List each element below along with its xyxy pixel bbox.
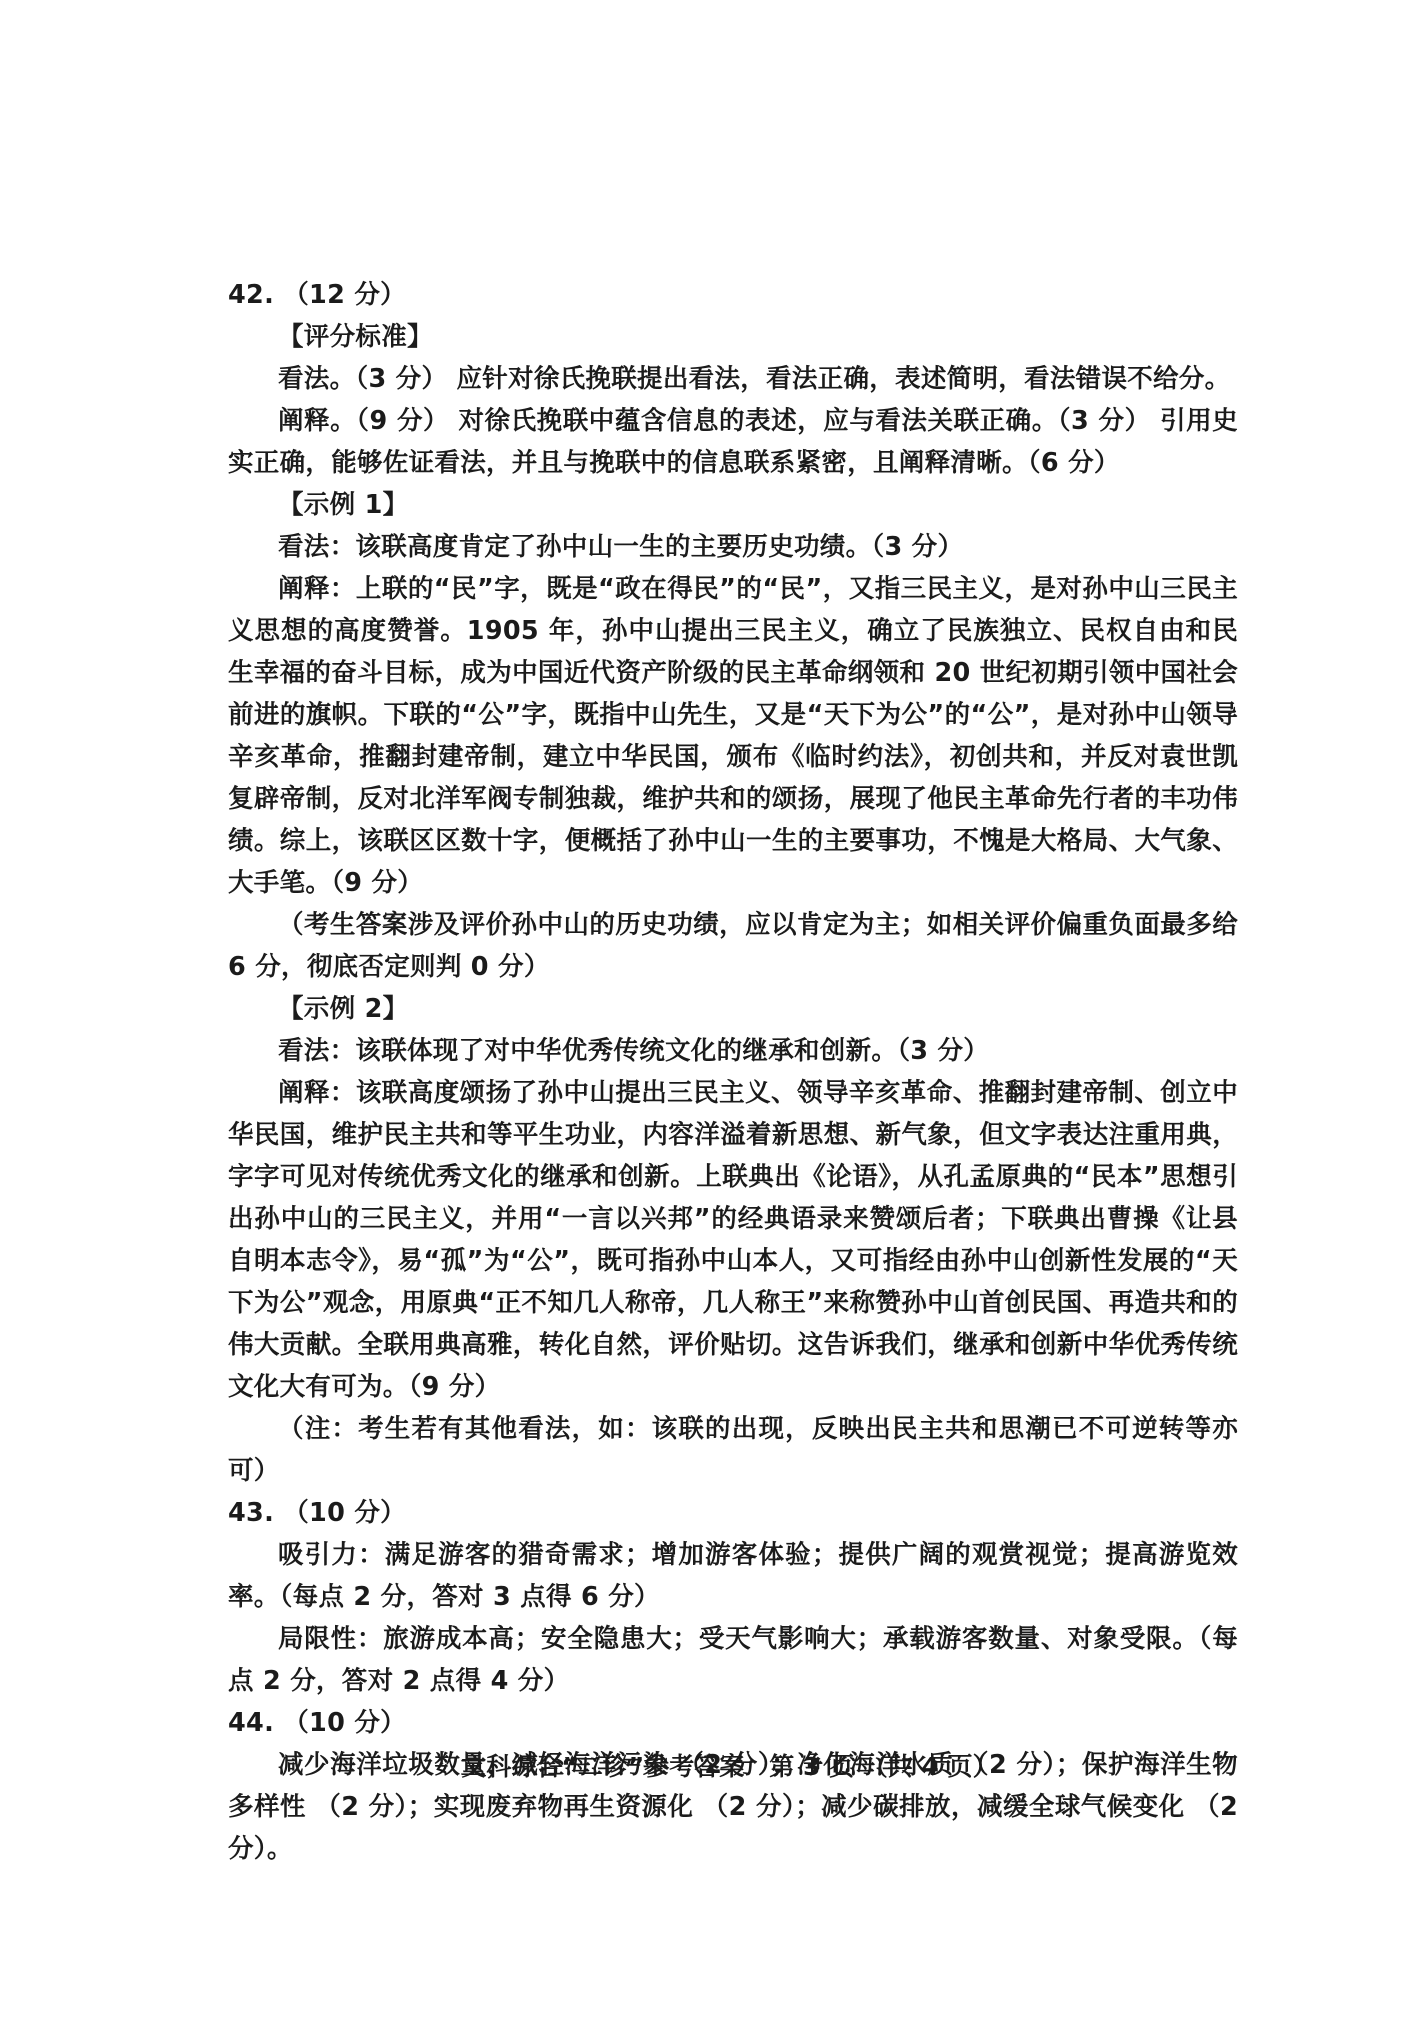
scoring-criteria-heading: 【评分标准】: [228, 316, 1238, 358]
answer-key-body: 42. （12 分） 【评分标准】 看法。（3 分） 应针对徐氏挽联提出看法，看…: [228, 274, 1238, 1870]
example-2-explanation: 阐释：该联高度颂扬了孙中山提出三民主义、领导辛亥革命、推翻封建帝制、创立中华民国…: [228, 1072, 1238, 1408]
example-1-grading-note: （考生答案涉及评价孙中山的历史功绩，应以肯定为主；如相关评价偏重负面最多给 6 …: [228, 904, 1238, 988]
page-footer: 文科综合“二诊”参考答案 第 3 页 （共 4 页）: [20, 1750, 1419, 1784]
question-44-number: 44. （10 分）: [228, 1702, 1238, 1744]
question-43-number: 43. （10 分）: [228, 1492, 1238, 1534]
example-1-explanation: 阐释：上联的“民”字，既是“政在得民”的“民”，又指三民主义，是对孙中山三民主义…: [228, 568, 1238, 904]
example-1-heading: 【示例 1】: [228, 484, 1238, 526]
example-2-heading: 【示例 2】: [228, 988, 1238, 1030]
example-2-viewpoint: 看法：该联体现了对中华优秀传统文化的继承和创新。（3 分）: [228, 1030, 1238, 1072]
scanned-answer-sheet-page: 42. （12 分） 【评分标准】 看法。（3 分） 应针对徐氏挽联提出看法，看…: [0, 0, 1419, 2021]
question-42-number: 42. （12 分）: [228, 274, 1238, 316]
q43-attraction-paragraph: 吸引力：满足游客的猎奇需求；增加游客体验；提供广阔的观赏视觉；提高游览效率。（每…: [228, 1534, 1238, 1618]
other-views-note: （注：考生若有其他看法，如：该联的出现，反映出民主共和思潮已不可逆转等亦可）: [228, 1408, 1238, 1492]
example-1-viewpoint: 看法：该联高度肯定了孙中山一生的主要历史功绩。（3 分）: [228, 526, 1238, 568]
viewpoint-criteria-paragraph: 看法。（3 分） 应针对徐氏挽联提出看法，看法正确，表述简明，看法错误不给分。: [228, 358, 1238, 400]
q43-limitation-paragraph: 局限性：旅游成本高；安全隐患大；受天气影响大；承载游客数量、对象受限。（每点 2…: [228, 1618, 1238, 1702]
explanation-criteria-paragraph: 阐释。（9 分） 对徐氏挽联中蕴含信息的表述，应与看法关联正确。（3 分） 引用…: [228, 400, 1238, 484]
